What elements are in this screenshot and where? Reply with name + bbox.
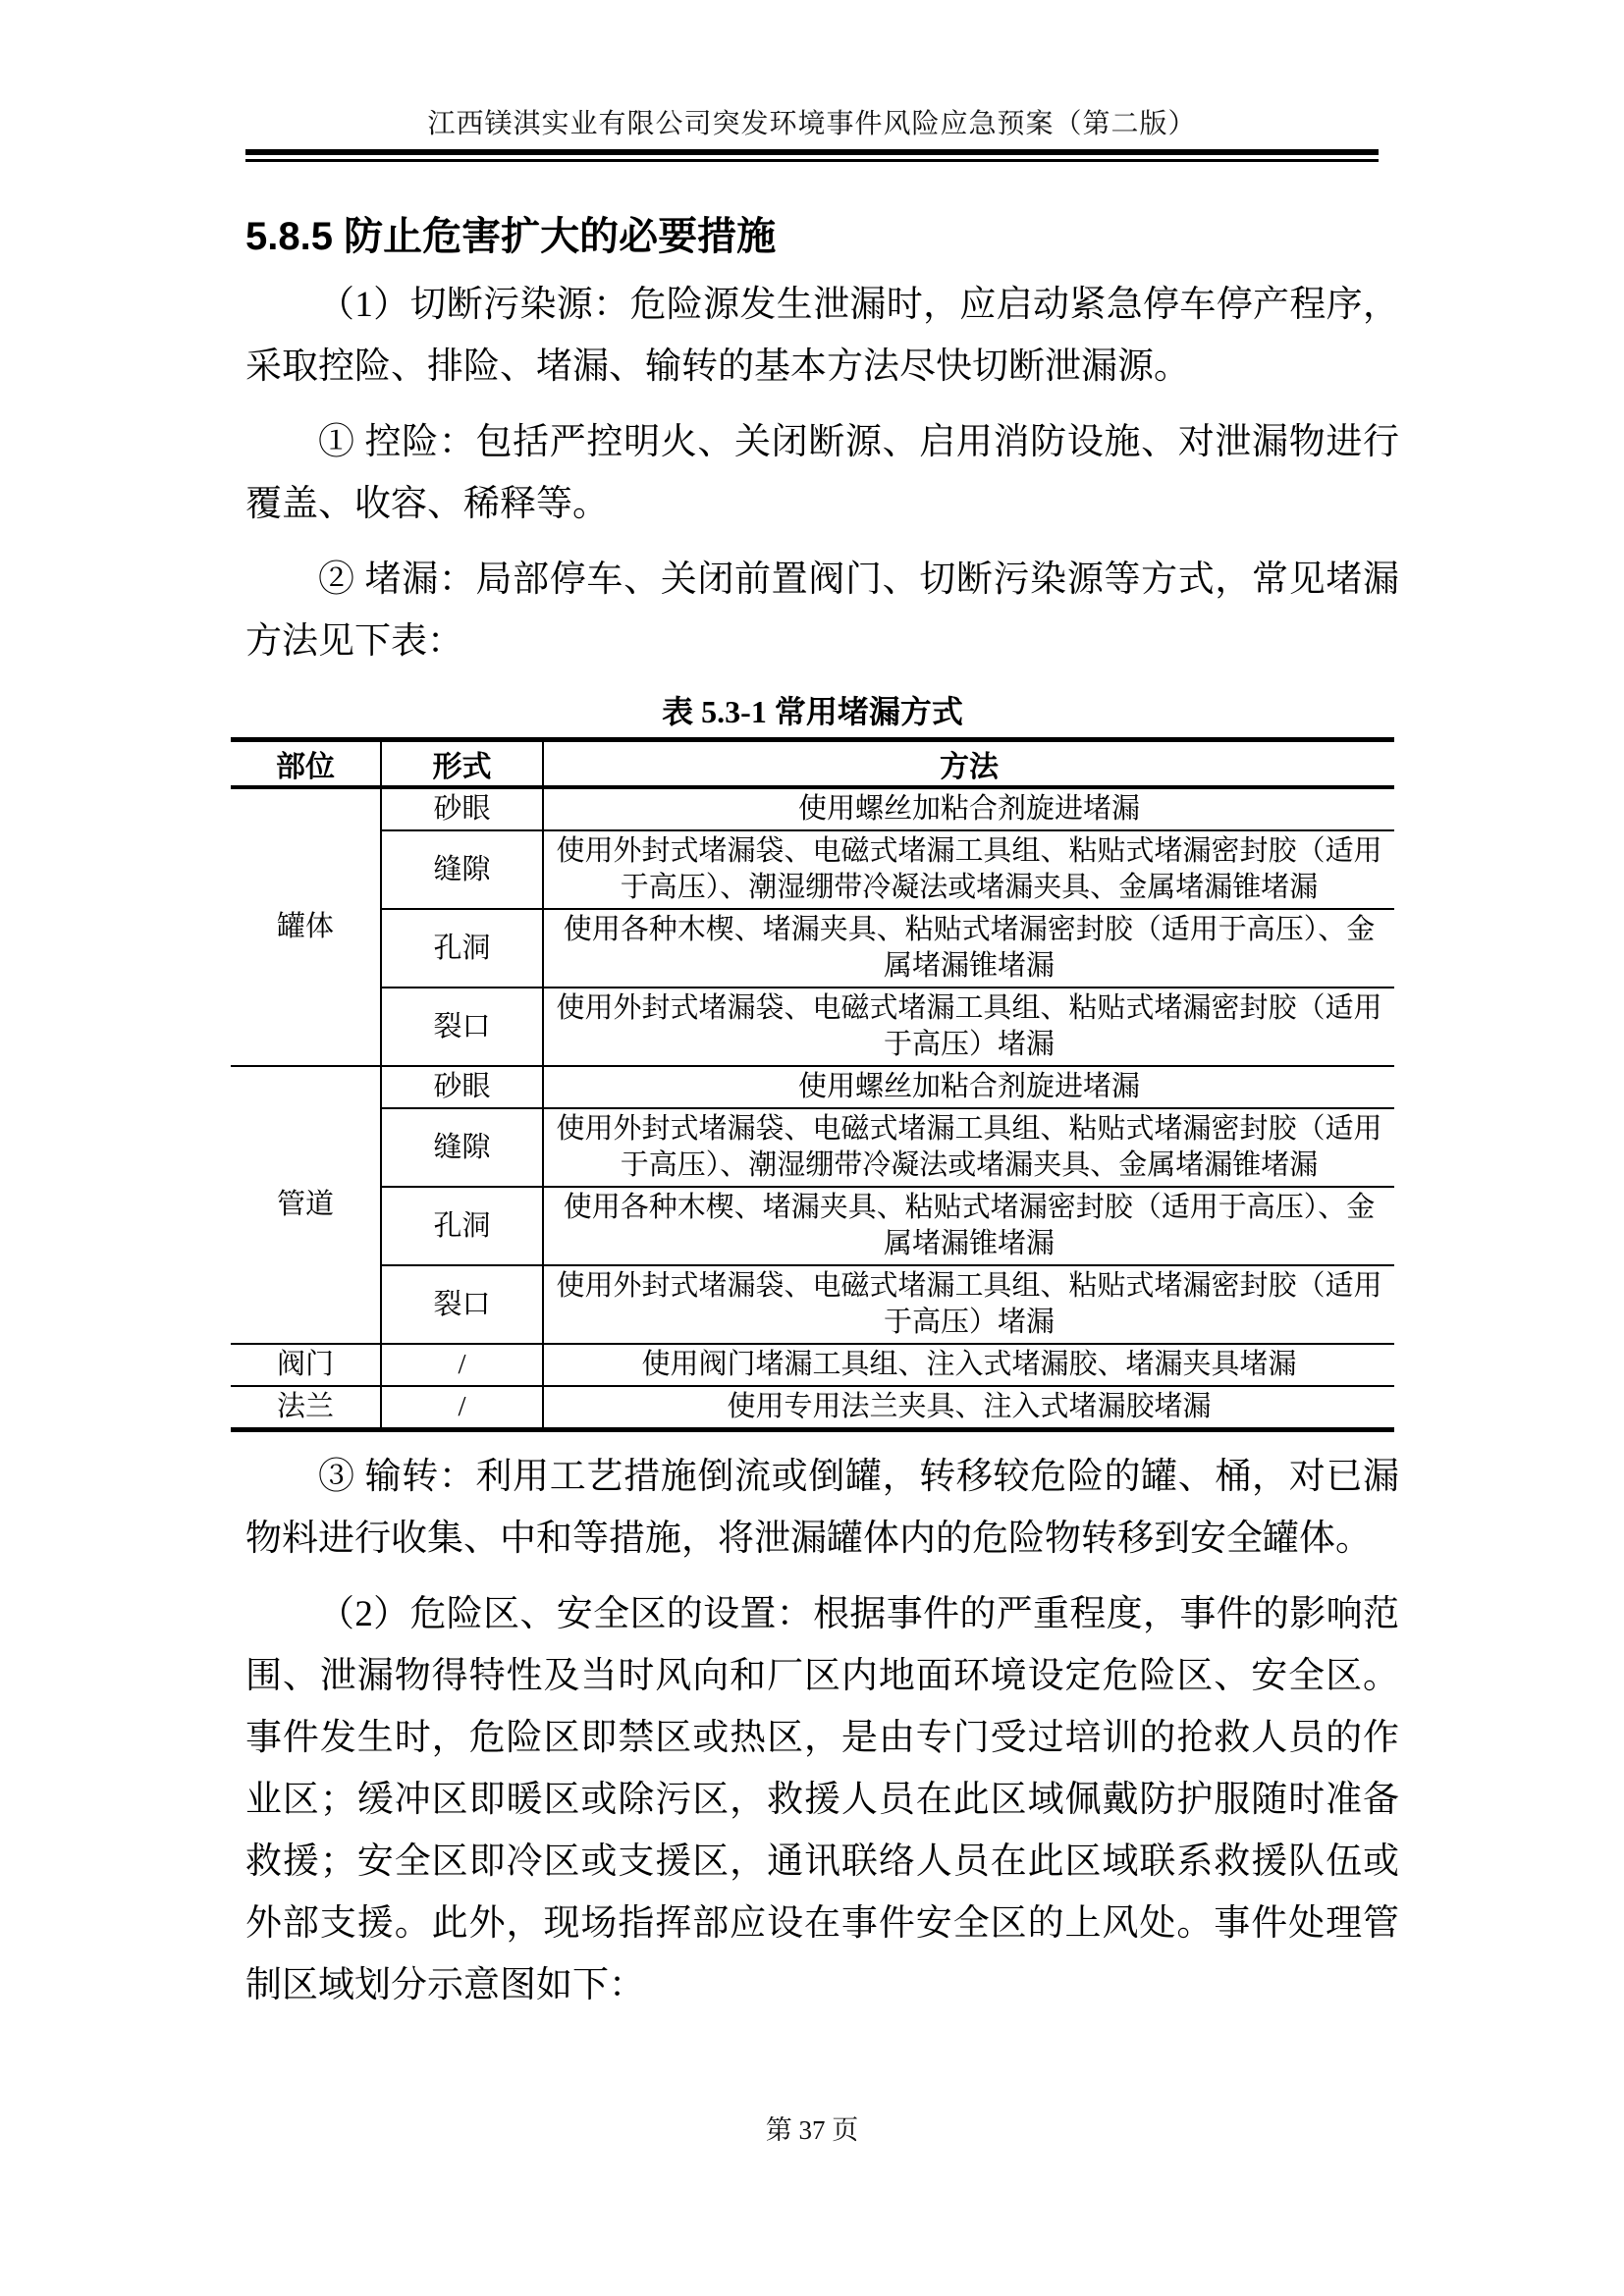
paragraph-cut-pollution-source: （1）切断污染源：危险源发生泄漏时，应启动紧急停车停产程序，采取控险、排险、堵漏… [245, 274, 1399, 398]
body-content: 5.8.5 防止危害扩大的必要措施 （1）切断污染源：危险源发生泄漏时，应启动紧… [245, 213, 1399, 2016]
table-row: 孔洞使用各种木楔、堵漏夹具、粘贴式堵漏密封胶（适用于高压）、金属堵漏锥堵漏 [231, 909, 1394, 988]
part-cell: 管道 [231, 1066, 381, 1344]
paragraph-transfer: ③ 输转：利用工艺措施倒流或倒罐，转移较危险的罐、桶，对已漏物料进行收集、中和等… [245, 1446, 1399, 1570]
table-row: 缝隙使用外封式堵漏袋、电磁式堵漏工具组、粘贴式堵漏密封胶（适用于高压）、潮湿绷带… [231, 1108, 1394, 1187]
method-cell: 使用阀门堵漏工具组、注入式堵漏胶、堵漏夹具堵漏 [543, 1344, 1394, 1386]
method-cell: 使用外封式堵漏袋、电磁式堵漏工具组、粘贴式堵漏密封胶（适用于高压）、潮湿绷带冷凝… [543, 1108, 1394, 1187]
form-cell: 孔洞 [381, 1187, 543, 1265]
section-heading: 5.8.5 防止危害扩大的必要措施 [245, 213, 1399, 260]
method-cell: 使用各种木楔、堵漏夹具、粘贴式堵漏密封胶（适用于高压）、金属堵漏锥堵漏 [543, 909, 1394, 988]
leak-methods-table: 部位形式方法 罐体砂眼使用螺丝加粘合剂旋进堵漏缝隙使用外封式堵漏袋、电磁式堵漏工… [231, 737, 1394, 1432]
header-double-rule [245, 149, 1379, 162]
form-cell: 裂口 [381, 1265, 543, 1344]
method-cell: 使用螺丝加粘合剂旋进堵漏 [543, 787, 1394, 830]
method-cell: 使用外封式堵漏袋、电磁式堵漏工具组、粘贴式堵漏密封胶（适用于高压）、潮湿绷带冷凝… [543, 830, 1394, 909]
table-header-cell-1: 形式 [381, 740, 543, 788]
method-cell: 使用外封式堵漏袋、电磁式堵漏工具组、粘贴式堵漏密封胶（适用于高压）堵漏 [543, 1265, 1394, 1344]
paragraph-leak-plugging: ② 堵漏：局部停车、关闭前置阀门、切断污染源等方式，常见堵漏方法见下表： [245, 549, 1399, 672]
form-cell: 缝隙 [381, 1108, 543, 1187]
page-footer: 第 37 页 [0, 2109, 1624, 2147]
page-number: 第 37 页 [766, 2115, 859, 2145]
method-cell: 使用专用法兰夹具、注入式堵漏胶堵漏 [543, 1386, 1394, 1430]
table-caption: 表 5.3-1 常用堵漏方式 [231, 692, 1394, 731]
document-page: 江西镁淇实业有限公司突发环境事件风险应急预案（第二版） 5.8.5 防止危害扩大… [0, 0, 1624, 2296]
running-header: 江西镁淇实业有限公司突发环境事件风险应急预案（第二版） [0, 0, 1624, 162]
method-cell: 使用外封式堵漏袋、电磁式堵漏工具组、粘贴式堵漏密封胶（适用于高压）堵漏 [543, 988, 1394, 1066]
part-cell: 罐体 [231, 787, 381, 1066]
table-row: 孔洞使用各种木楔、堵漏夹具、粘贴式堵漏密封胶（适用于高压）、金属堵漏锥堵漏 [231, 1187, 1394, 1265]
form-cell: 缝隙 [381, 830, 543, 909]
form-cell: 孔洞 [381, 909, 543, 988]
table-header-cell-0: 部位 [231, 740, 381, 788]
form-cell: / [381, 1386, 543, 1430]
table-header-cell-2: 方法 [543, 740, 1394, 788]
table-row: 罐体砂眼使用螺丝加粘合剂旋进堵漏 [231, 787, 1394, 830]
form-cell: 裂口 [381, 988, 543, 1066]
paragraph-risk-control: ① 控险：包括严控明火、关闭断源、启用消防设施、对泄漏物进行覆盖、收容、稀释等。 [245, 411, 1399, 535]
table-row: 裂口使用外封式堵漏袋、电磁式堵漏工具组、粘贴式堵漏密封胶（适用于高压）堵漏 [231, 1265, 1394, 1344]
paragraph-zones: （2）危险区、安全区的设置：根据事件的严重程度，事件的影响范围、泄漏物得特性及当… [245, 1583, 1399, 2016]
table-header-row: 部位形式方法 [231, 740, 1394, 788]
table-row: 缝隙使用外封式堵漏袋、电磁式堵漏工具组、粘贴式堵漏密封胶（适用于高压）、潮湿绷带… [231, 830, 1394, 909]
table-row: 阀门/使用阀门堵漏工具组、注入式堵漏胶、堵漏夹具堵漏 [231, 1344, 1394, 1386]
table-row: 裂口使用外封式堵漏袋、电磁式堵漏工具组、粘贴式堵漏密封胶（适用于高压）堵漏 [231, 988, 1394, 1066]
table-head: 部位形式方法 [231, 740, 1394, 788]
table-row: 法兰/使用专用法兰夹具、注入式堵漏胶堵漏 [231, 1386, 1394, 1430]
form-cell: / [381, 1344, 543, 1386]
part-cell: 阀门 [231, 1344, 381, 1386]
form-cell: 砂眼 [381, 1066, 543, 1108]
document-title: 江西镁淇实业有限公司突发环境事件风险应急预案（第二版） [0, 110, 1624, 139]
part-cell: 法兰 [231, 1386, 381, 1430]
form-cell: 砂眼 [381, 787, 543, 830]
method-cell: 使用螺丝加粘合剂旋进堵漏 [543, 1066, 1394, 1108]
method-cell: 使用各种木楔、堵漏夹具、粘贴式堵漏密封胶（适用于高压）、金属堵漏锥堵漏 [543, 1187, 1394, 1265]
table-body: 罐体砂眼使用螺丝加粘合剂旋进堵漏缝隙使用外封式堵漏袋、电磁式堵漏工具组、粘贴式堵… [231, 787, 1394, 1430]
table-row: 管道砂眼使用螺丝加粘合剂旋进堵漏 [231, 1066, 1394, 1108]
